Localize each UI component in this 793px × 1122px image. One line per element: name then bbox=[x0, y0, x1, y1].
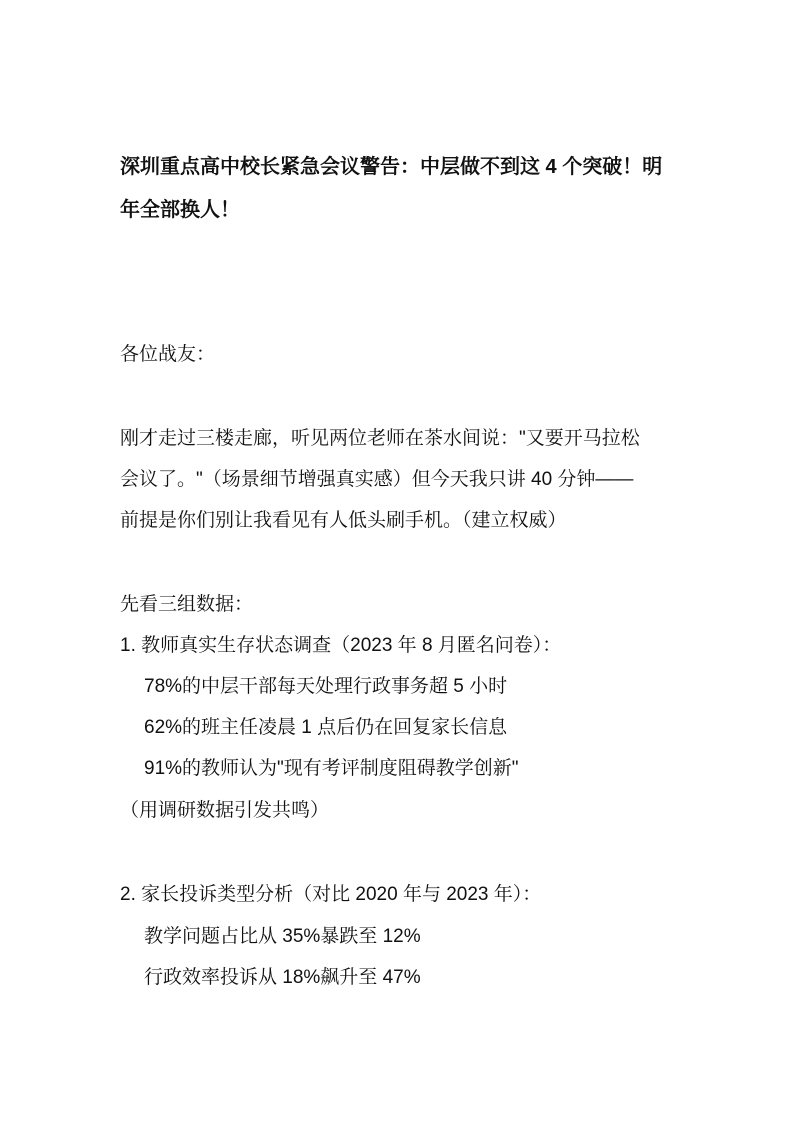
section2-heading: 2. 家长投诉类型分析（对比 2020 年与 2023 年）： bbox=[120, 883, 541, 907]
section1-item: 78%的中层干部每天处理行政事务超 5 小时 bbox=[144, 675, 507, 699]
title-line-2: 年全部换人！ bbox=[120, 198, 240, 222]
title-line-1: 深圳重点高中校长紧急会议警告：中层做不到这 4 个突破！明 bbox=[120, 155, 662, 179]
section1-note: （用调研数据引发共鸣） bbox=[120, 799, 329, 823]
intro-line-1: 刚才走过三楼走廊，听见两位老师在茶水间说："又要开马拉松 bbox=[120, 427, 640, 451]
greeting: 各位战友： bbox=[120, 343, 215, 367]
intro-line-3: 前提是你们别让我看见有人低头刷手机。（建立权威） bbox=[120, 509, 567, 533]
intro-line-2: 会议了。"（场景细节增强真实感）但今天我只讲 40 分钟—— bbox=[120, 468, 633, 492]
document-page: 深圳重点高中校长紧急会议警告：中层做不到这 4 个突破！明 年全部换人！ 各位战… bbox=[0, 0, 793, 1122]
section1-item: 91%的教师认为"现有考评制度阻碍教学创新" bbox=[144, 757, 519, 781]
data-intro: 先看三组数据： bbox=[120, 593, 253, 617]
section2-item: 教学问题占比从 35%暴跌至 12% bbox=[144, 925, 421, 949]
section1-item: 62%的班主任凌晨 1 点后仍在回复家长信息 bbox=[144, 716, 507, 740]
section2-item: 行政效率投诉从 18%飙升至 47% bbox=[144, 966, 421, 990]
section1-heading: 1. 教师真实生存状态调查（2023 年 8 月匿名问卷）： bbox=[120, 634, 561, 658]
